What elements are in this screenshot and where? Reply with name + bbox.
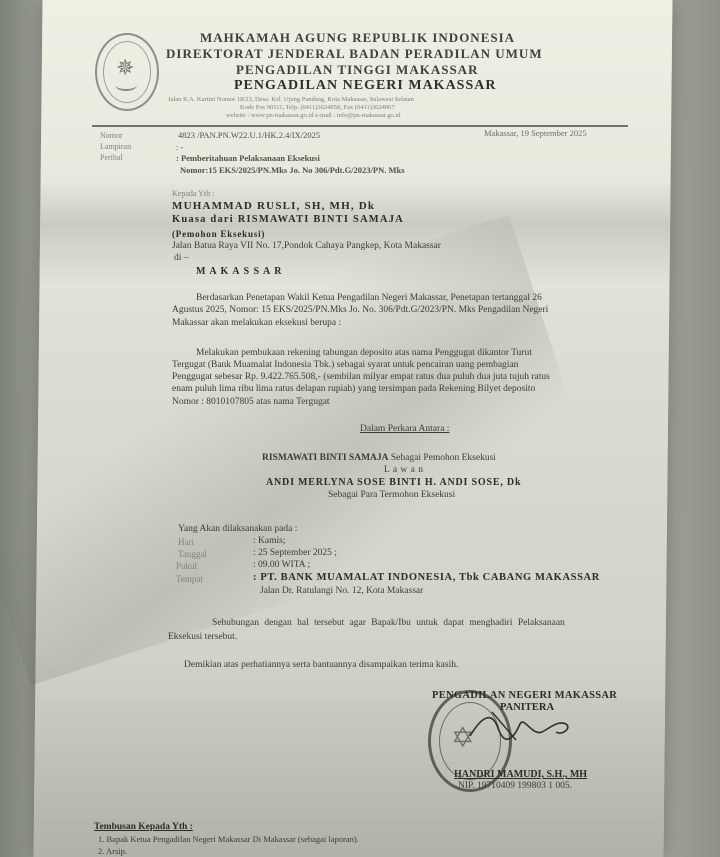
star-emblem-icon: ✵ [116, 55, 134, 81]
para3-line-1: Sehubungan dengan hal tersebut agar Bapa… [212, 618, 565, 628]
party-2-name: ANDI MERLYNA SOSE BINTI H. ANDI SOSE, Dk [266, 477, 521, 488]
para2-line-1: Melakukan pembukaan rekening tabungan de… [196, 348, 532, 358]
party-1: RISMAWATI BINTI SAMAJA Sebagai Pemohon E… [262, 453, 496, 463]
party-2-role: Sebagai Para Termohon Eksekusi [328, 490, 455, 500]
schedule-pukul-label: Pukul [176, 561, 197, 571]
nomor-label: Nomor [100, 131, 123, 140]
letterhead-divider [92, 125, 628, 127]
para2-line-3: Penggugat sebesar Rp. 9.422.765.508,- (s… [172, 372, 550, 382]
party-1-name: RISMAWATI BINTI SAMAJA [262, 453, 389, 463]
letterhead-address: Jalan R.A. Kartini Nomor 18/23, Desa. Ke… [168, 96, 414, 103]
perihal-label: Perihal [100, 153, 123, 162]
schedule-pukul-value: : 09.00 WITA ; [253, 560, 310, 570]
party-1-role: Sebagai Pemohon Eksekusi [389, 453, 496, 463]
recipient-role: (Pemohon Eksekusi) [172, 229, 265, 239]
para1-line-3: Makassar akan melakukan eksekusi berupa … [172, 318, 341, 328]
signature-name: HANDRI MAMUDI, S.H., MH [454, 769, 587, 780]
letterhead-line-3: PENGADILAN TINGGI MAKASSAR [236, 62, 478, 78]
perihal-line-1: : Pemberitahuan Pelaksanaan Eksekusi [176, 153, 320, 163]
tembusan-item-2: 2. Arsip. [98, 846, 127, 856]
nomor-value: 4823 /PAN.PN.W22.U.1/HK.2.4/IX/2025 [178, 130, 320, 140]
para2-line-4: enam puluh lima ribu lima ratus delapan … [172, 384, 535, 394]
lampiran-value: : - [176, 142, 183, 152]
recipient-di: di – [174, 253, 189, 263]
schedule-hari-label: Hari [178, 537, 194, 547]
letterhead-phone: Kode Pos 90111, Telp. (0411)3624058, Fax… [240, 104, 395, 111]
letter-document: ✵ MAHKAMAH AGUNG REPUBLIK INDONESIA DIRE… [0, 0, 720, 857]
place-date: Makassar, 19 September 2025 [484, 128, 587, 138]
signature-institution: PENGADILAN NEGERI MAKASSAR [432, 690, 617, 701]
recipient-address: Jalan Batua Raya VII No. 17,Pondok Cahay… [172, 241, 441, 251]
kepada-label: Kepada Yth : [172, 189, 214, 198]
para2-line-5: Nomor : 8010107805 atas nama Tergugat [172, 397, 330, 407]
letterhead-line-1: MAHKAMAH AGUNG REPUBLIK INDONESIA [200, 30, 515, 46]
court-emblem-icon: ✵ [95, 33, 159, 111]
para2-line-2: Tergugat (Bank Muamalat Indonesia Tbk.) … [172, 360, 518, 370]
letterhead-line-4: PENGADILAN NEGERI MAKASSAR [234, 78, 496, 94]
perkara-heading: Dalam Perkara Antara : [360, 424, 449, 434]
schedule-hari-value: : Kamis; [253, 536, 285, 546]
schedule-tempat-label: Tempat [176, 574, 203, 584]
tembusan-item-1: 1. Bapak Ketua Pengadilan Negeri Makassa… [98, 834, 359, 844]
schedule-tempat-value: : PT. BANK MUAMALAT INDONESIA, Tbk CABAN… [253, 572, 600, 583]
lampiran-label: Lampiran [100, 142, 131, 151]
crescent-icon [115, 79, 137, 91]
closing-sentence: Demikian atas perhatiannya serta bantuan… [184, 660, 458, 670]
schedule-intro: Yang Akan dilaksanakan pada : [178, 524, 297, 534]
recipient-city: M A K A S S A R [196, 266, 282, 277]
schedule-tanggal-label: Tanggal [178, 549, 207, 559]
para1-line-2: Agustus 2025, Nomor: 15 EKS/2025/PN.Mks … [172, 305, 548, 315]
para1-line-1: Berdasarkan Penetapan Wakil Ketua Pengad… [196, 293, 542, 303]
recipient-kuasa: Kuasa dari RISMAWATI BINTI SAMAJA [172, 214, 404, 225]
letterhead-website: website : www.pn-makassar.go.id e-mail :… [226, 112, 401, 119]
versus-label: L a w a n [384, 465, 424, 475]
recipient-name: MUHAMMAD RUSLI, SH, MH, Dk [172, 200, 375, 212]
schedule-tanggal-value: : 25 September 2025 ; [253, 548, 337, 558]
signature-nip: NIP. 19710409 199803 1 005. [458, 781, 572, 791]
handwritten-signature-icon [462, 706, 582, 746]
perihal-line-2: Nomor:15 EKS/2025/PN.Mks Jo. No 306/Pdt.… [180, 165, 405, 175]
letterhead-line-2: DIREKTORAT JENDERAL BADAN PERADILAN UMUM [166, 46, 543, 62]
para3-line-2: Eksekusi tersebut. [168, 632, 237, 642]
tempat-address: Jalan Dr. Ratulangi No. 12, Kota Makassa… [260, 586, 423, 596]
tembusan-heading: Tembusan Kepada Yth : [94, 822, 193, 832]
